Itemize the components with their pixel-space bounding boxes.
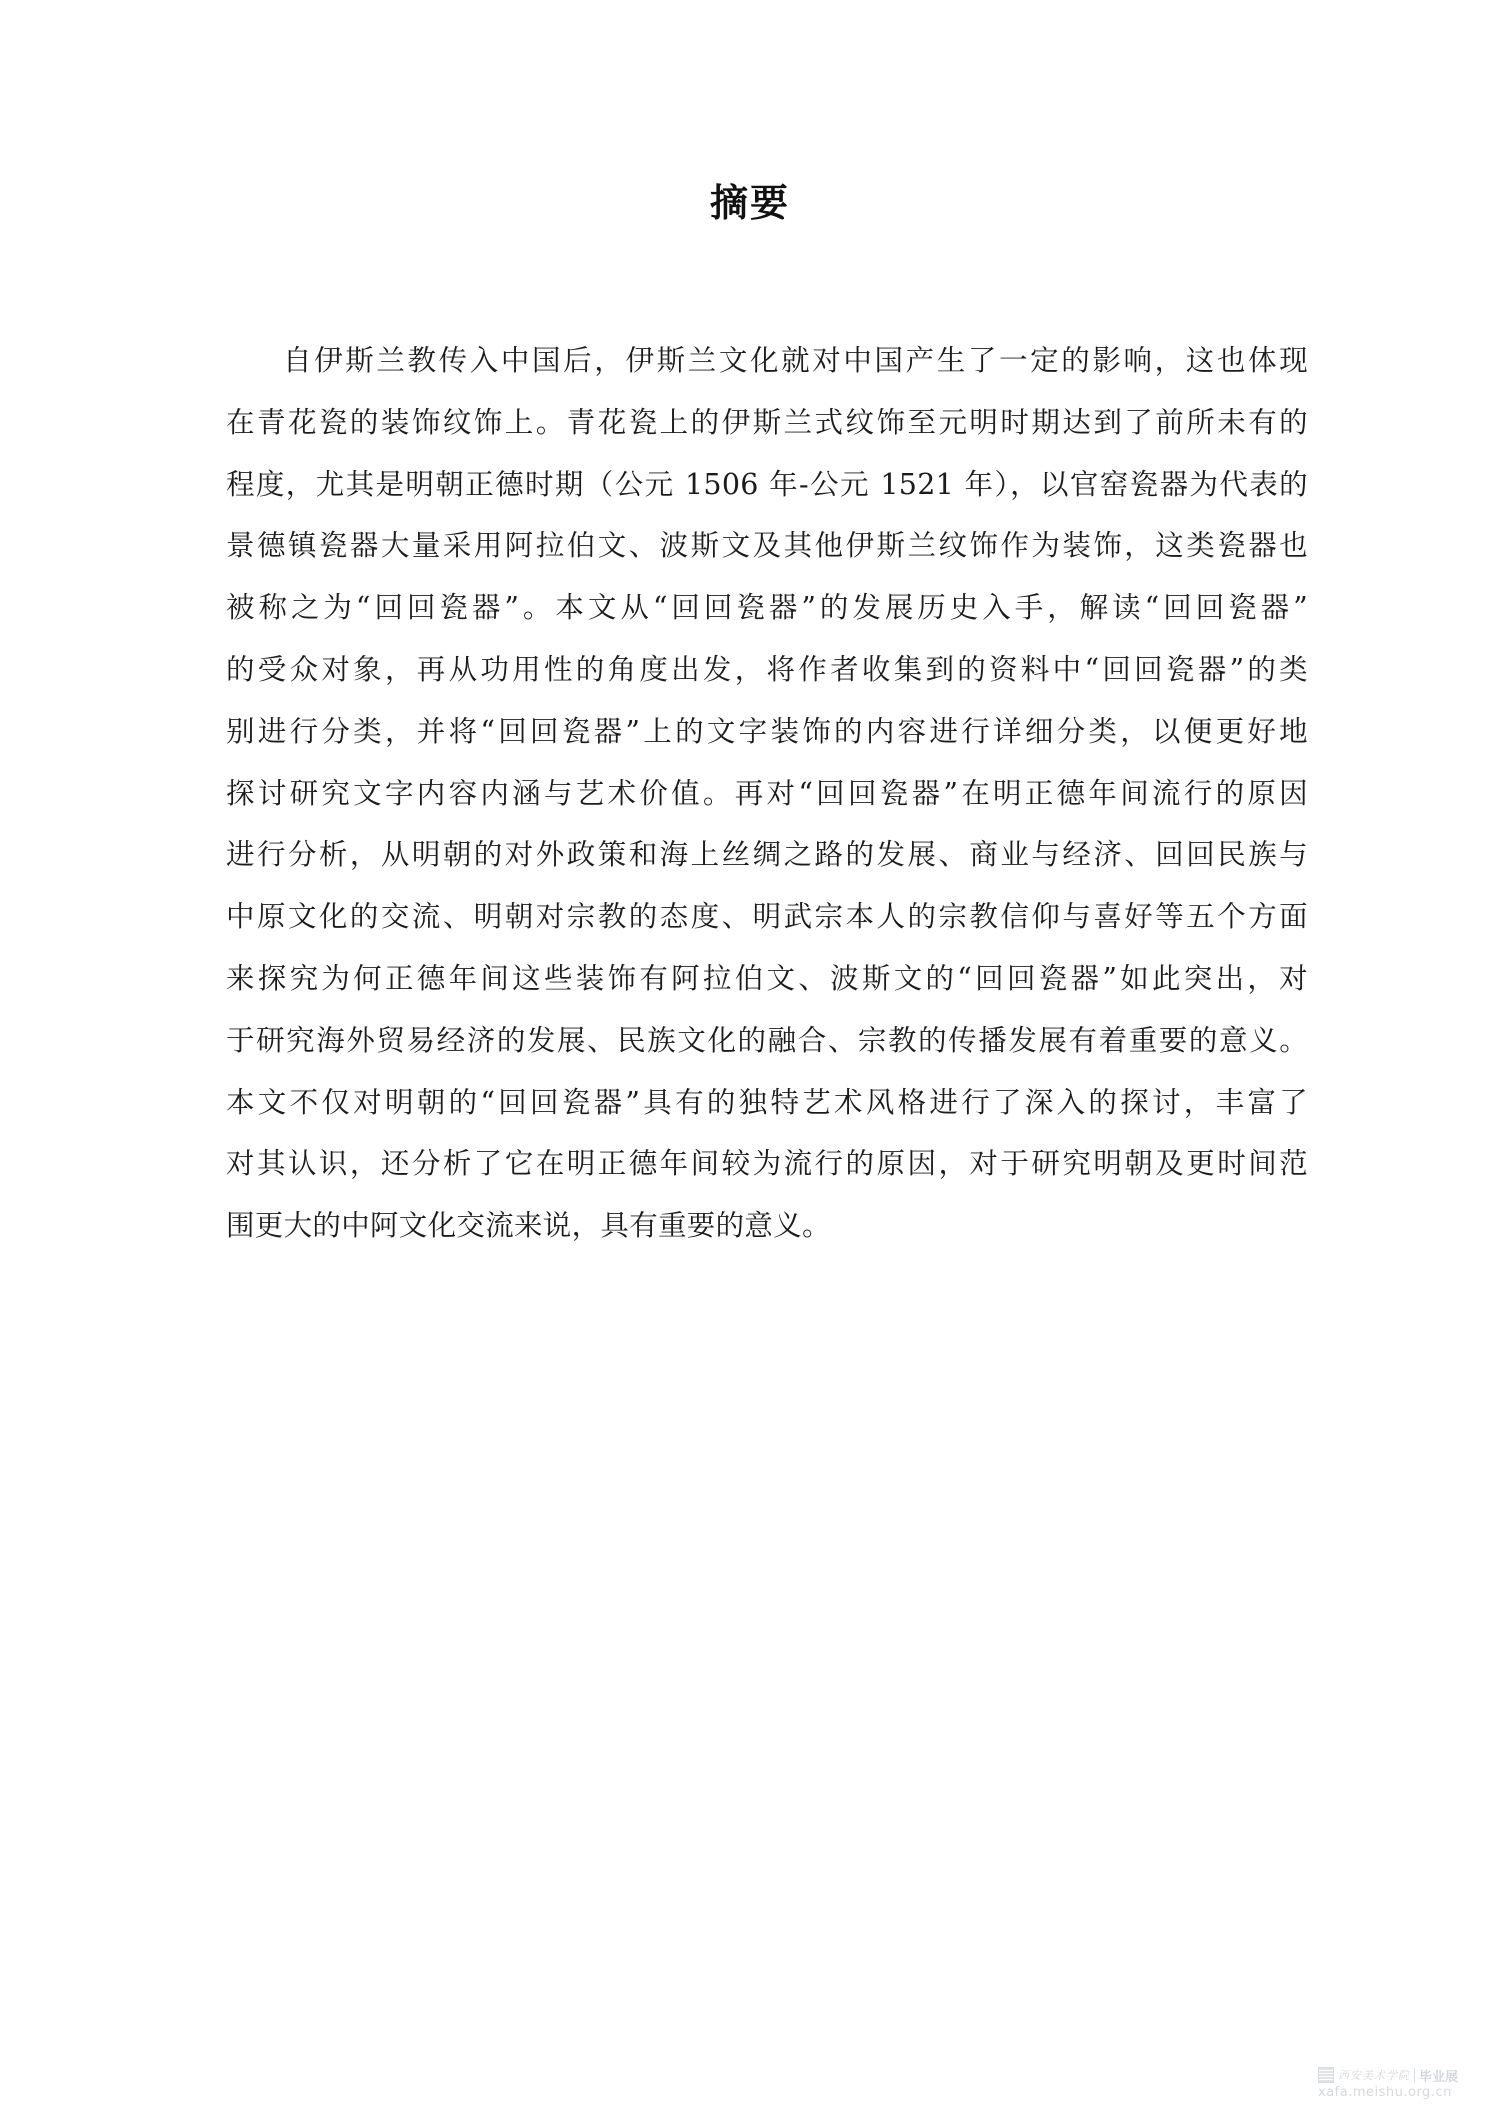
- abstract-line: 对其认识，还分析了它在明正德年间较为流行的原因，对于研究明朝及更时间范: [226, 1133, 1308, 1195]
- abstract-body: 自伊斯兰教传入中国后，伊斯兰文化就对中国产生了一定的影响，这也体现 在青花瓷的装…: [226, 330, 1308, 1257]
- abstract-line: 被称之为“回回瓷器”。本文从“回回瓷器”的发展历史入手，解读“回回瓷器”: [226, 577, 1308, 639]
- abstract-line: 于研究海外贸易经济的发展、民族文化的融合、宗教的传播发展有着重要的意义。: [226, 1010, 1308, 1072]
- abstract-line: 探讨研究文字内容内涵与艺术价值。再对“回回瓷器”在明正德年间流行的原因: [226, 763, 1308, 825]
- abstract-line: 程度，尤其是明朝正德时期（公元 1506 年-公元 1521 年），以官窑瓷器为…: [226, 454, 1308, 516]
- watermark: 西安美术学院 毕业展 xafa.meishu.org.cn: [1318, 2066, 1488, 2106]
- abstract-line: 中原文化的交流、明朝对宗教的态度、明武宗本人的宗教信仰与喜好等五个方面: [226, 886, 1308, 948]
- abstract-line: 来探究为何正德年间这些装饰有阿拉伯文、波斯文的“回回瓷器”如此突出，对: [226, 948, 1308, 1010]
- abstract-line: 的受众对象，再从功用性的角度出发，将作者收集到的资料中“回回瓷器”的类: [226, 639, 1308, 701]
- watermark-url: xafa.meishu.org.cn: [1318, 2085, 1488, 2100]
- abstract-line: 本文不仅对明朝的“回回瓷器”具有的独特艺术风格进行了深入的探讨，丰富了: [226, 1072, 1308, 1134]
- watermark-school-name: 西安美术学院: [1338, 2067, 1410, 2083]
- page-title: 摘要: [0, 172, 1500, 227]
- abstract-line: 在青花瓷的装饰纹饰上。青花瓷上的伊斯兰式纹饰至元明时期达到了前所未有的: [226, 392, 1308, 454]
- abstract-line: 景德镇瓷器大量采用阿拉伯文、波斯文及其他伊斯兰纹饰作为装饰，这类瓷器也: [226, 515, 1308, 577]
- watermark-exhibit-label: 毕业展: [1419, 2066, 1458, 2085]
- abstract-line: 进行分析，从明朝的对外政策和海上丝绸之路的发展、商业与经济、回回民族与: [226, 824, 1308, 886]
- abstract-line: 自伊斯兰教传入中国后，伊斯兰文化就对中国产生了一定的影响，这也体现: [226, 330, 1308, 392]
- document-page: 摘要 自伊斯兰教传入中国后，伊斯兰文化就对中国产生了一定的影响，这也体现 在青花…: [0, 0, 1500, 2122]
- watermark-divider: [1414, 2068, 1415, 2082]
- abstract-line: 别进行分类，并将“回回瓷器”上的文字装饰的内容进行详细分类，以便更好地: [226, 701, 1308, 763]
- abstract-line: 围更大的中阿文化交流来说，具有重要的意义。: [226, 1195, 1308, 1257]
- school-logo-icon: [1318, 2067, 1334, 2083]
